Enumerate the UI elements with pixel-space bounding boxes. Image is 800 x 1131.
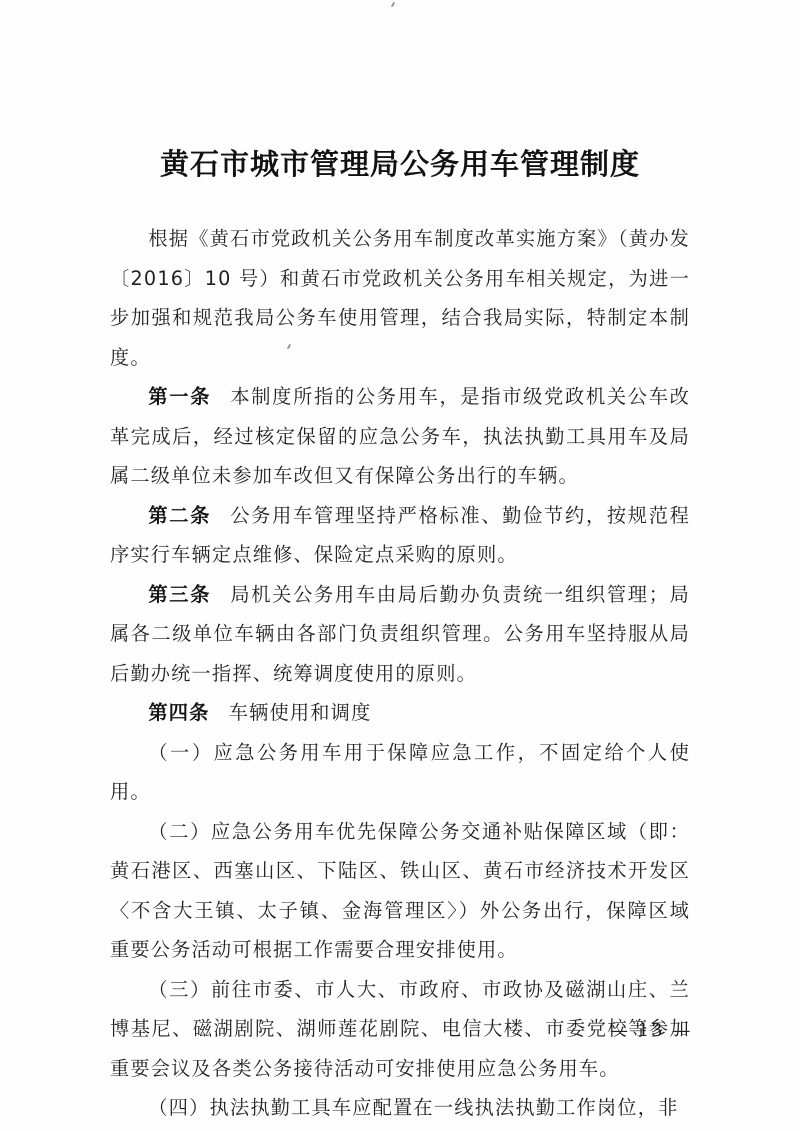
document-body: 根据《黄石市党政机关公务用车制度改革实施方案》（黄办发〔2016〕10 号）和黄… <box>110 219 690 1128</box>
paragraph-text: 根据《黄石市党政机关公务用车制度改革实施方案》（黄办发〔2016〕10 号）和黄… <box>110 227 690 369</box>
article-heading: 第一条 <box>148 385 211 408</box>
scan-speck <box>391 2 395 7</box>
paragraph-text: （三）前往市委、市人大、市政府、市政协及磁湖山庄、兰博基尼、磁湖剧院、湖师莲花剧… <box>110 978 690 1080</box>
paragraph-text: （二）应急公务用车优先保障公务交通补贴保障区域（即：黄石港区、西塞山区、下陆区、… <box>110 820 690 962</box>
document-title: 黄石市城市管理局公务用车管理制度 <box>0 142 800 183</box>
paragraph-text: （四）执法执勤工具车应配置在一线执法执勤工作岗位，非 <box>148 1096 678 1119</box>
document-page: 黄石市城市管理局公务用车管理制度 根据《黄石市党政机关公务用车制度改革实施方案》… <box>0 0 800 1131</box>
preamble-paragraph: 根据《黄石市党政机关公务用车制度改革实施方案》（黄办发〔2016〕10 号）和黄… <box>110 219 690 377</box>
clause-3-paragraph: （三）前往市委、市人大、市政府、市政协及磁湖山庄、兰博基尼、磁湖剧院、湖师莲花剧… <box>110 970 690 1089</box>
article-heading: 第四条 <box>148 701 209 724</box>
clause-4-paragraph: （四）执法执勤工具车应配置在一线执法执勤工作岗位，非 <box>110 1088 690 1128</box>
article-2-paragraph: 第二条公务用车管理坚持严格标准、勤俭节约，按规范程序实行车辆定点维修、保险定点采… <box>110 496 690 575</box>
article-heading: 第三条 <box>148 583 211 606</box>
clause-1-paragraph: （一）应急公务用车用于保障应急工作，不固定给个人使用。 <box>110 733 690 812</box>
clause-2-paragraph: （二）应急公务用车优先保障公务交通补贴保障区域（即：黄石港区、西塞山区、下陆区、… <box>110 812 690 970</box>
page-number: — 13 — <box>610 1020 692 1041</box>
article-3-paragraph: 第三条局机关公务用车由局后勤办负责统一组织管理；局属各二级单位车辆由各部门负责组… <box>110 575 690 694</box>
article-1-paragraph: 第一条本制度所指的公务用车，是指市级党政机关公车改革完成后，经过核定保留的应急公… <box>110 377 690 496</box>
article-4-paragraph: 第四条车辆使用和调度 <box>110 693 690 733</box>
article-heading: 第二条 <box>148 504 211 527</box>
paragraph-text: （一）应急公务用车用于保障应急工作，不固定给个人使用。 <box>110 741 690 804</box>
paragraph-text: 车辆使用和调度 <box>229 701 372 724</box>
